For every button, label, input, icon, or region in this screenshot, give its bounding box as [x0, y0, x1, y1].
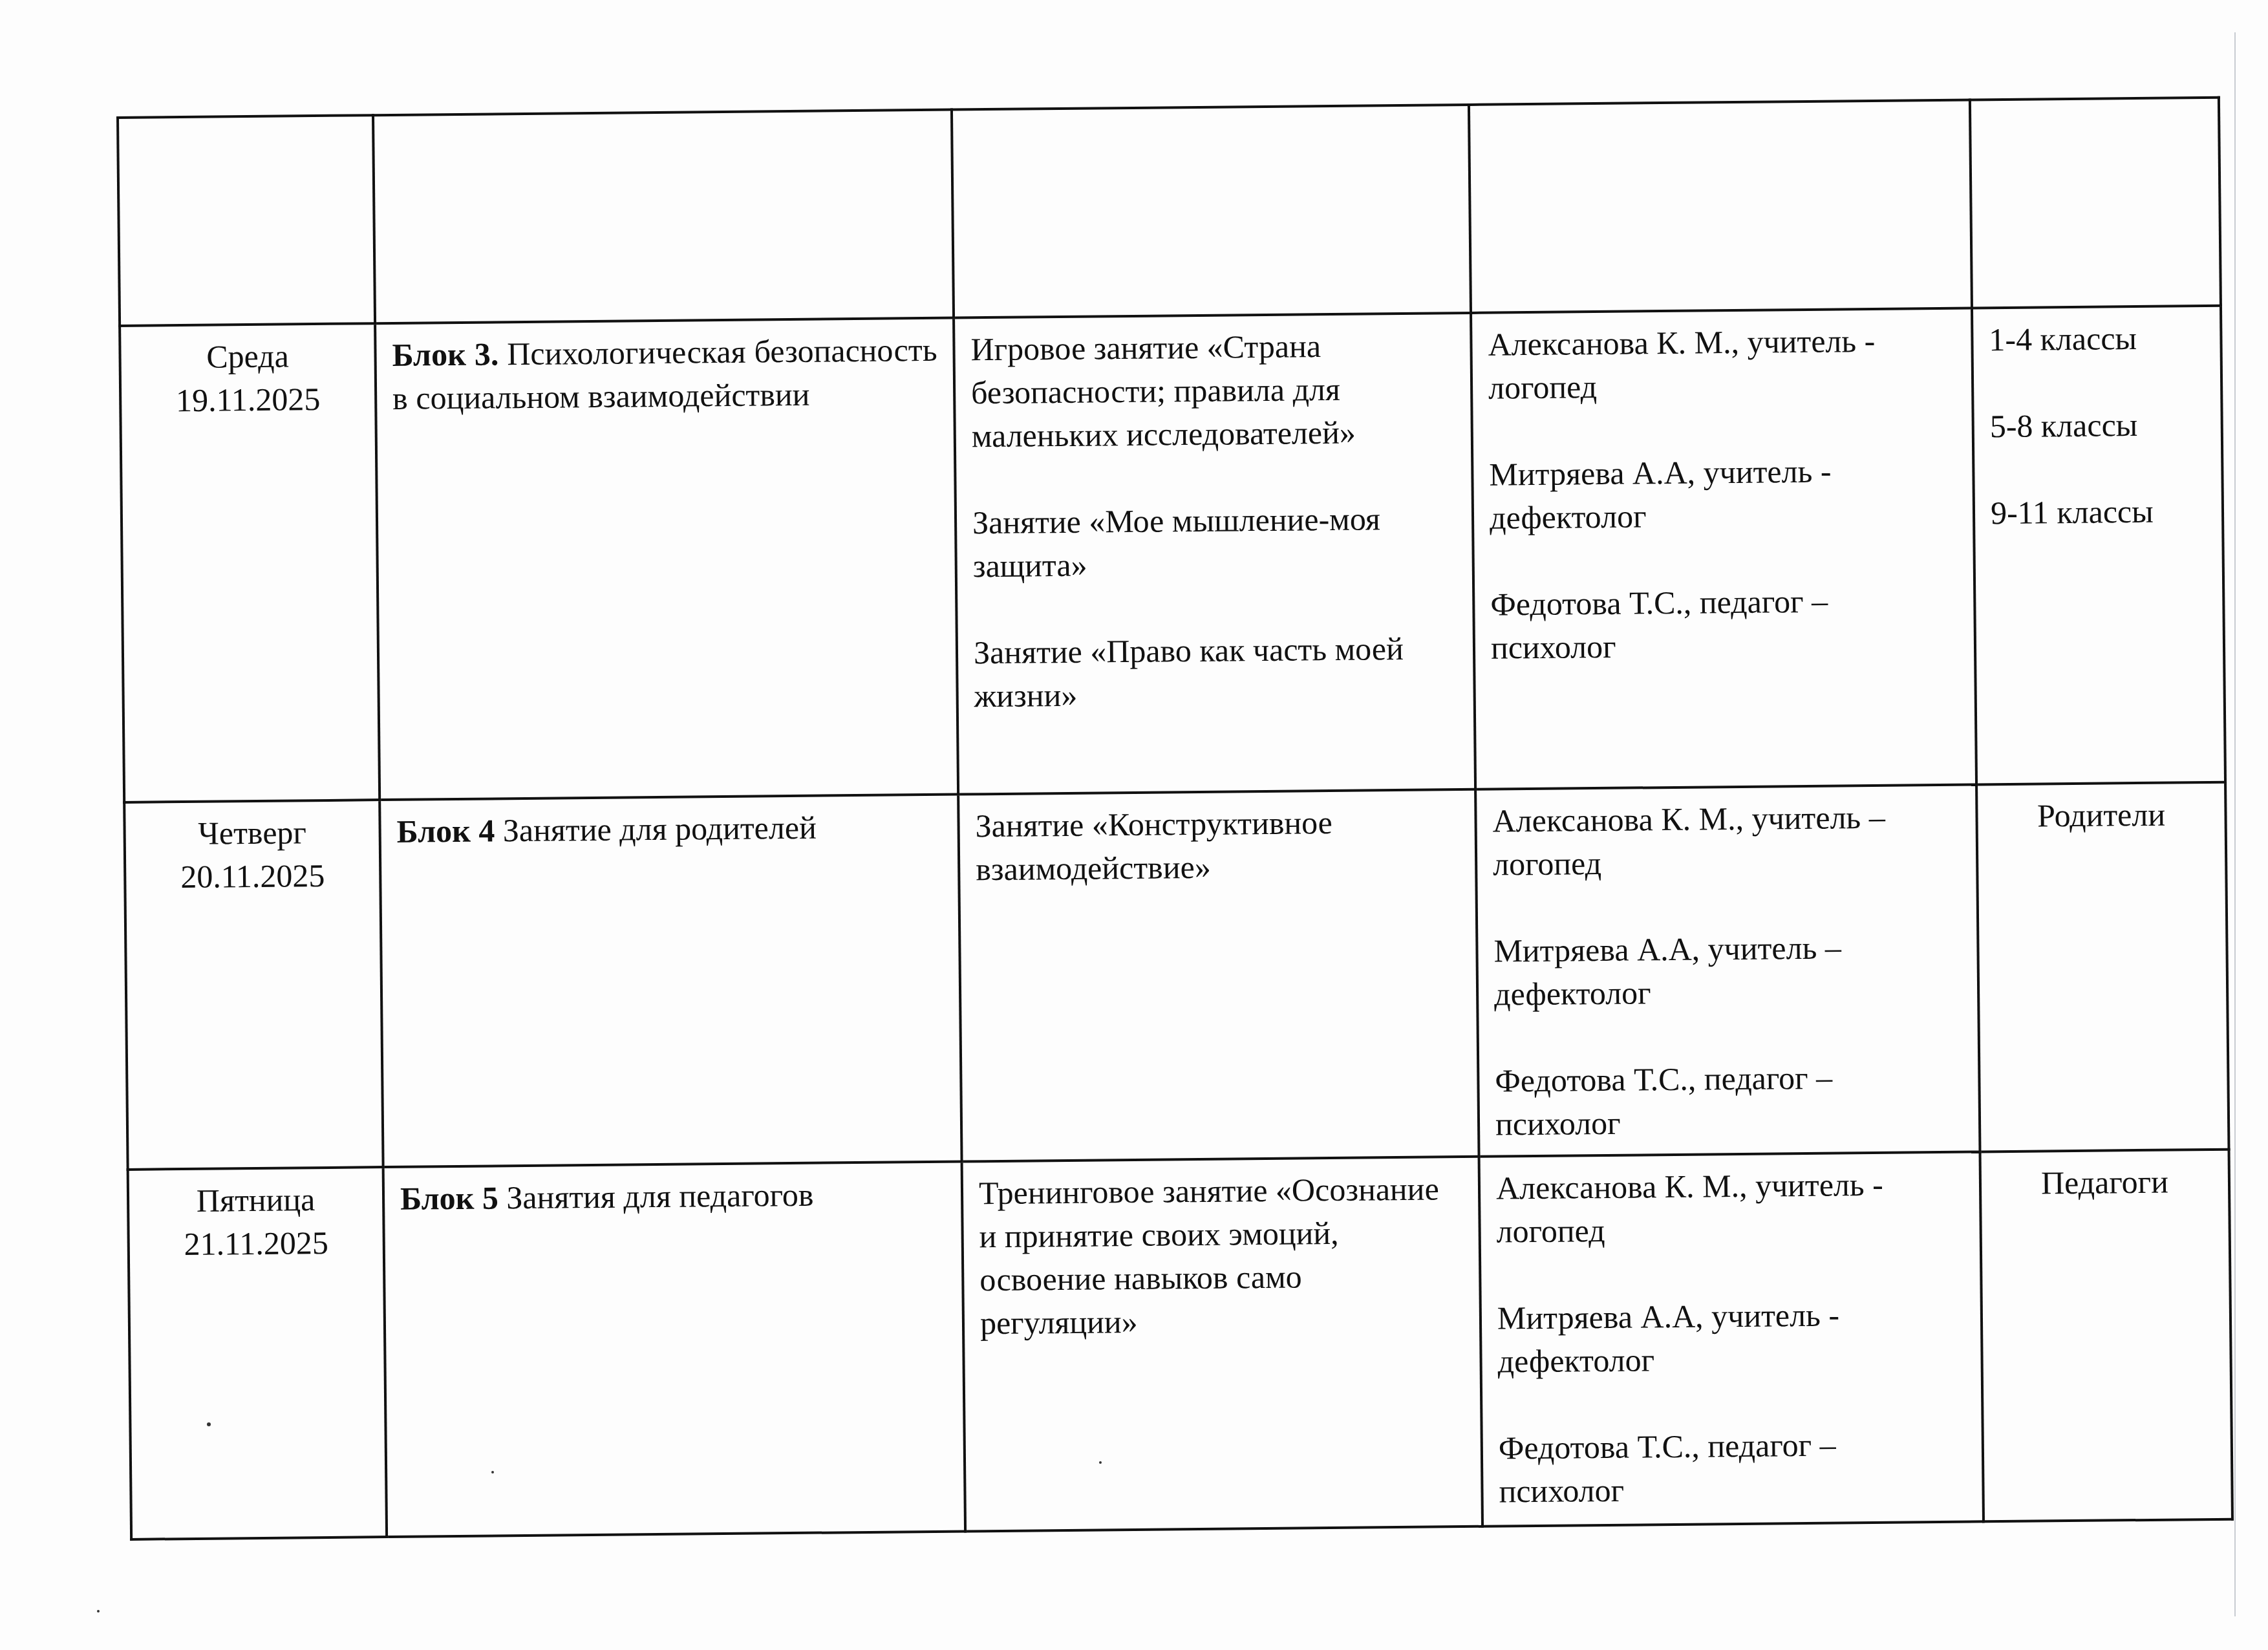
activity-item: Занятие «Конструктивное взаимодействие» — [975, 800, 1459, 891]
cell-block: Блок 3. Психологическая безопасность в с… — [375, 318, 958, 800]
responsible-person: Федотова Т.С., педагог – психолог — [1490, 579, 1958, 670]
activity-item: Занятие «Мое мышление-моя защита» — [972, 497, 1457, 588]
responsible-person: Алексанова К. М., учитель - логопед — [1488, 319, 1956, 410]
cell-responsible: Алексанова К. М., учитель - логопед Митр… — [1471, 308, 1976, 789]
cell-audience: 1-4 классы 5-8 классы 9-11 классы — [1972, 306, 2225, 785]
cell-activity: Тренинговое занятие «Осознание и приняти… — [962, 1157, 1482, 1532]
day-name: Пятница — [145, 1177, 367, 1223]
cell-audience: Родители — [1976, 782, 2229, 1152]
activity-item: Тренинговое занятие «Осознание и приняти… — [979, 1167, 1464, 1345]
audience-item: 1-4 классы — [1989, 316, 2205, 361]
cell-activity — [952, 105, 1471, 318]
cell-responsible: Алексанова К. М., учитель – логопед Митр… — [1475, 784, 1980, 1156]
responsible-person: Митряева А.А, учитель – дефектолог — [1493, 925, 1962, 1016]
audience-item: Родители — [1993, 793, 2209, 838]
block-title: Занятие для родителей — [503, 809, 817, 849]
cell-responsible — [1469, 100, 1972, 312]
cell-activity: Занятие «Конструктивное взаимодействие» — [958, 789, 1479, 1162]
activity-item: Занятие «Право как часть моей жизни» — [974, 627, 1458, 718]
day-date: 21.11.2025 — [145, 1221, 367, 1266]
cell-day: Четверг 20.11.2025 — [124, 800, 383, 1170]
responsible-person: Федотова Т.С., педагог – психолог — [1499, 1422, 1967, 1514]
schedule-table: Среда 19.11.2025 Блок 3. Психологическая… — [116, 96, 2234, 1541]
responsible-person: Митряева А.А, учитель - дефектолог — [1497, 1292, 1965, 1384]
block-label: Блок 4 — [396, 812, 495, 849]
responsible-person: Алексанова К. М., учитель – логопед — [1492, 795, 1960, 886]
block-label: Блок 3. — [392, 336, 498, 373]
table-row: Четверг 20.11.2025 Блок 4 Занятие для ро… — [124, 782, 2229, 1170]
audience-item: 9-11 классы — [1991, 489, 2207, 535]
cell-responsible: Алексанова К. М., учитель - логопед Митр… — [1479, 1152, 1984, 1526]
cell-activity: Игровое занятие «Страна безопасности; пр… — [954, 313, 1475, 795]
audience-item: Педагоги — [1997, 1160, 2213, 1205]
day-date: 20.11.2025 — [142, 853, 364, 899]
responsible-person: Алексанова К. М., учитель - логопед — [1496, 1162, 1964, 1254]
table-row: Среда 19.11.2025 Блок 3. Психологическая… — [120, 306, 2225, 802]
cell-audience: Педагоги — [1980, 1150, 2232, 1522]
responsible-person: Федотова Т.С., педагог – психолог — [1495, 1055, 1963, 1146]
day-date: 19.11.2025 — [137, 377, 359, 422]
cell-block: Блок 5 Занятия для педагогов — [383, 1162, 965, 1537]
cell-block — [373, 110, 954, 324]
cell-day: Пятница 21.11.2025 — [128, 1167, 387, 1539]
day-name: Четверг — [141, 810, 363, 855]
block-title: Занятия для педагогов — [506, 1177, 814, 1216]
table-row-blank — [118, 98, 2221, 326]
document-page: Среда 19.11.2025 Блок 3. Психологическая… — [116, 96, 2231, 1541]
scan-speck — [1099, 1461, 1102, 1464]
block-label: Блок 5 — [400, 1179, 498, 1216]
page-edge — [2234, 32, 2236, 1616]
scan-speck — [97, 1610, 100, 1612]
cell-day: Среда 19.11.2025 — [120, 323, 380, 802]
table-row: Пятница 21.11.2025 Блок 5 Занятия для пе… — [128, 1150, 2232, 1539]
scan-speck — [491, 1471, 494, 1473]
audience-item: 5-8 классы — [1989, 403, 2205, 448]
cell-block: Блок 4 Занятие для родителей — [380, 795, 961, 1168]
scan-speck — [207, 1422, 211, 1426]
cell-day — [118, 115, 375, 326]
cell-audience — [1970, 98, 2221, 308]
activity-item: Игровое занятие «Страна безопасности; пр… — [970, 323, 1455, 458]
day-name: Среда — [136, 334, 359, 379]
responsible-person: Митряева А.А, учитель - дефектолог — [1489, 449, 1957, 540]
